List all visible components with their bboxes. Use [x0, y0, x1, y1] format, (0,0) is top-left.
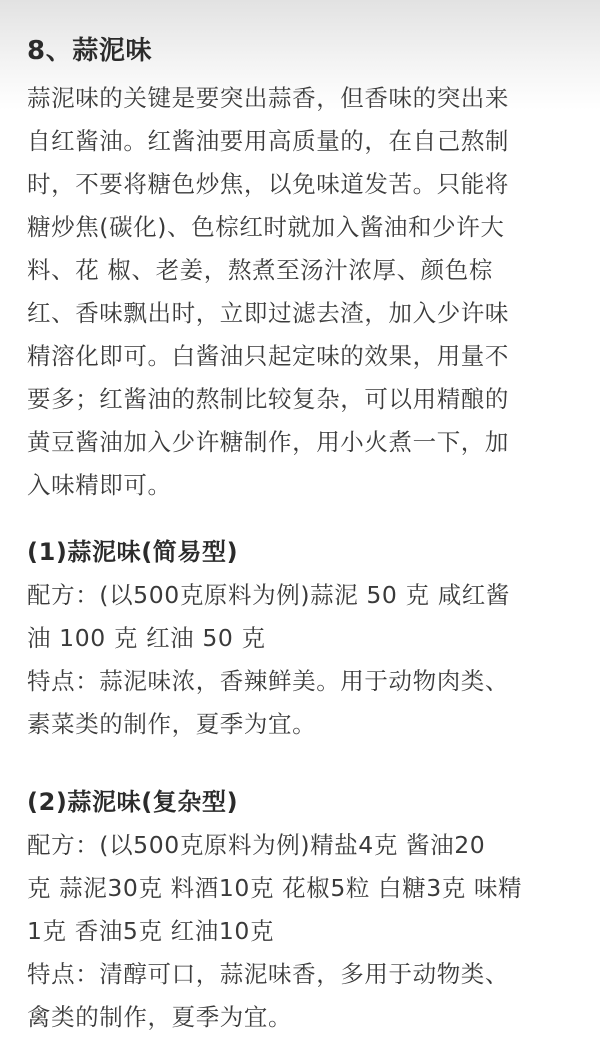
paragraph-line: 黄豆酱油加入少许糖制作，用小火煮一下，加 [27, 427, 509, 457]
variant-line: 油 100 克 红油 50 克 [27, 623, 266, 653]
variant-line: 克 蒜泥30克 料酒10克 花椒5粒 白糖3克 味精 [27, 873, 522, 903]
paragraph-line: 时，不要将糖色炒焦，以免味道发苦。只能将 [27, 169, 509, 199]
paragraph-line: 自红酱油。红酱油要用高质量的，在自己熬制 [27, 126, 509, 156]
variant-line: 素菜类的制作，夏季为宜。 [27, 709, 316, 739]
paragraph-line: 入味精即可。 [27, 470, 172, 500]
paragraph-line: 糖炒焦(碳化)、色棕红时就加入酱油和少许大 [27, 212, 504, 242]
variant-title-simple: (1)蒜泥味(简易型) [27, 537, 238, 567]
paragraph-line: 精溶化即可。白酱油只起定味的效果，用量不 [27, 341, 509, 371]
paragraph-line: 蒜泥味的关键是要突出蒜香，但香味的突出来 [27, 83, 509, 113]
paragraph-line: 料、花 椒、老姜，熬煮至汤汁浓厚、颜色棕 [27, 255, 493, 285]
variant-line: 1克 香油5克 红油10克 [27, 916, 274, 946]
variant-title-complex: (2)蒜泥味(复杂型) [27, 787, 238, 817]
document-page: 8、蒜泥味 蒜泥味的关键是要突出蒜香，但香味的突出来 自红酱油。红酱油要用高质量… [0, 0, 600, 1054]
variant-line: 特点：清醇可口，蒜泥味香，多用于动物类、 [27, 959, 509, 989]
section-title: 8、蒜泥味 [27, 36, 152, 66]
variant-line: 配方：(以500克原料为例)蒜泥 50 克 咸红酱 [27, 580, 510, 610]
variant-line: 配方：(以500克原料为例)精盐4克 酱油20 [27, 830, 485, 860]
paragraph-line: 要多；红酱油的熬制比较复杂，可以用精酿的 [27, 384, 509, 414]
variant-line: 禽类的制作，夏季为宜。 [27, 1002, 292, 1032]
paragraph-line: 红、香味飘出时，立即过滤去渣，加入少许味 [27, 298, 509, 328]
variant-line: 特点：蒜泥味浓，香辣鲜美。用于动物肉类、 [27, 666, 509, 696]
